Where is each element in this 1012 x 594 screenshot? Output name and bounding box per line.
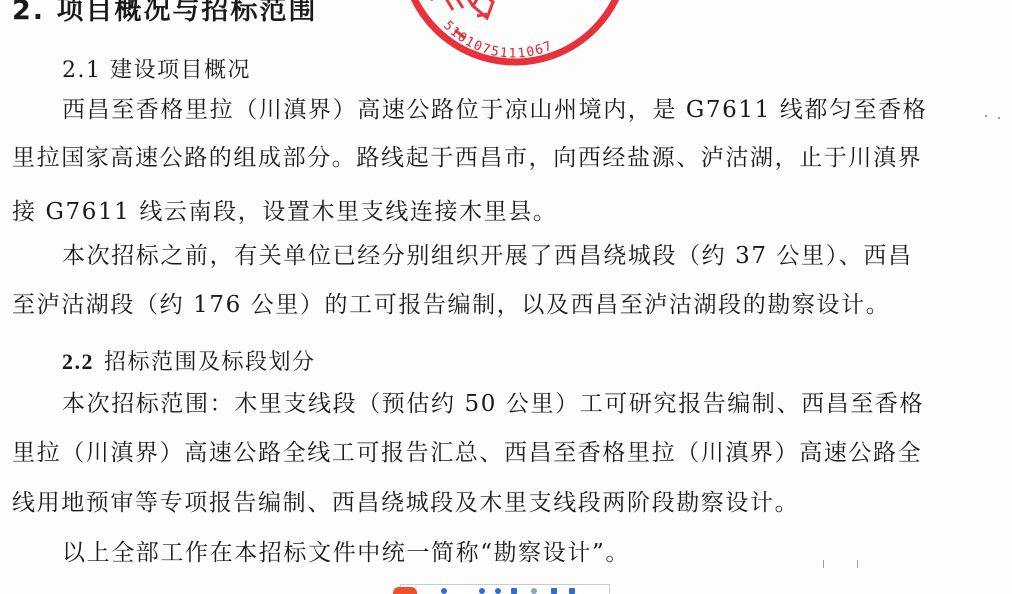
paragraph-line: 线用地预审等专项报告编制、西昌绕城段及木里支线段两阶段勘察设计。 <box>12 488 799 518</box>
toolbar-icon[interactable] <box>441 588 447 594</box>
toolbar-icon[interactable] <box>551 588 557 594</box>
scan-speck <box>823 560 824 568</box>
scan-speck <box>857 560 858 568</box>
app-logo-icon <box>393 587 417 594</box>
scan-speck <box>998 117 1000 119</box>
document-page: 5101075111067 2. 项目概况与招标范围 2.1 建设项目概况 西昌… <box>0 0 1012 594</box>
toolbar-icon[interactable] <box>531 588 537 594</box>
subsection-title-2-2: 2.2招标范围及标段划分 <box>62 347 316 378</box>
toolbar-icon[interactable] <box>569 588 575 594</box>
toolbar-icon[interactable] <box>479 588 485 594</box>
official-seal-icon: 5101075111067 <box>395 0 635 70</box>
toolbar-icon[interactable] <box>495 588 501 594</box>
paragraph-line: 里拉（川滇界）高速公路全线工可报告汇总、西昌至香格里拉（川滇界）高速公路全 <box>12 438 922 468</box>
paragraph-line: 里拉国家高速公路的组成部分。路线起于西昌市，向西经盐源、泸沽湖，止于川滇界 <box>12 143 922 173</box>
seal-code: 5101075111067 <box>440 18 556 61</box>
paragraph-line: 本次招标范围：木里支线段（预估约 50 公里）工可研究报告编制、西昌至香格 <box>62 389 924 419</box>
section-heading: 2. 项目概况与招标范围 <box>12 0 317 28</box>
floating-toolbar[interactable] <box>400 584 610 594</box>
paragraph-line: 至泸沽湖段（约 176 公里）的工可报告编制，以及西昌至泸沽湖段的勘察设计。 <box>12 290 890 320</box>
paragraph-line: 本次招标之前，有关单位已经分别组织开展了西昌绕城段（约 37 公里）、西昌 <box>62 241 913 271</box>
subsection-title-text: 招标范围及标段划分 <box>104 350 316 375</box>
subsection-number: 2.2 <box>62 349 94 374</box>
scan-speck <box>985 115 987 117</box>
toolbar-icon[interactable] <box>511 588 517 594</box>
svg-text:5101075111067: 5101075111067 <box>440 18 556 61</box>
paragraph-line: 接 G7611 线云南段，设置木里支线连接木里县。 <box>12 197 558 227</box>
paragraph-line: 以上全部工作在本招标文件中统一简称“勘察设计”。 <box>62 538 630 568</box>
subsection-title-2-1: 2.1 建设项目概况 <box>62 56 251 86</box>
paragraph-line: 西昌至香格里拉（川滇界）高速公路位于凉山州境内，是 G7611 线都匀至香格 <box>62 95 927 125</box>
